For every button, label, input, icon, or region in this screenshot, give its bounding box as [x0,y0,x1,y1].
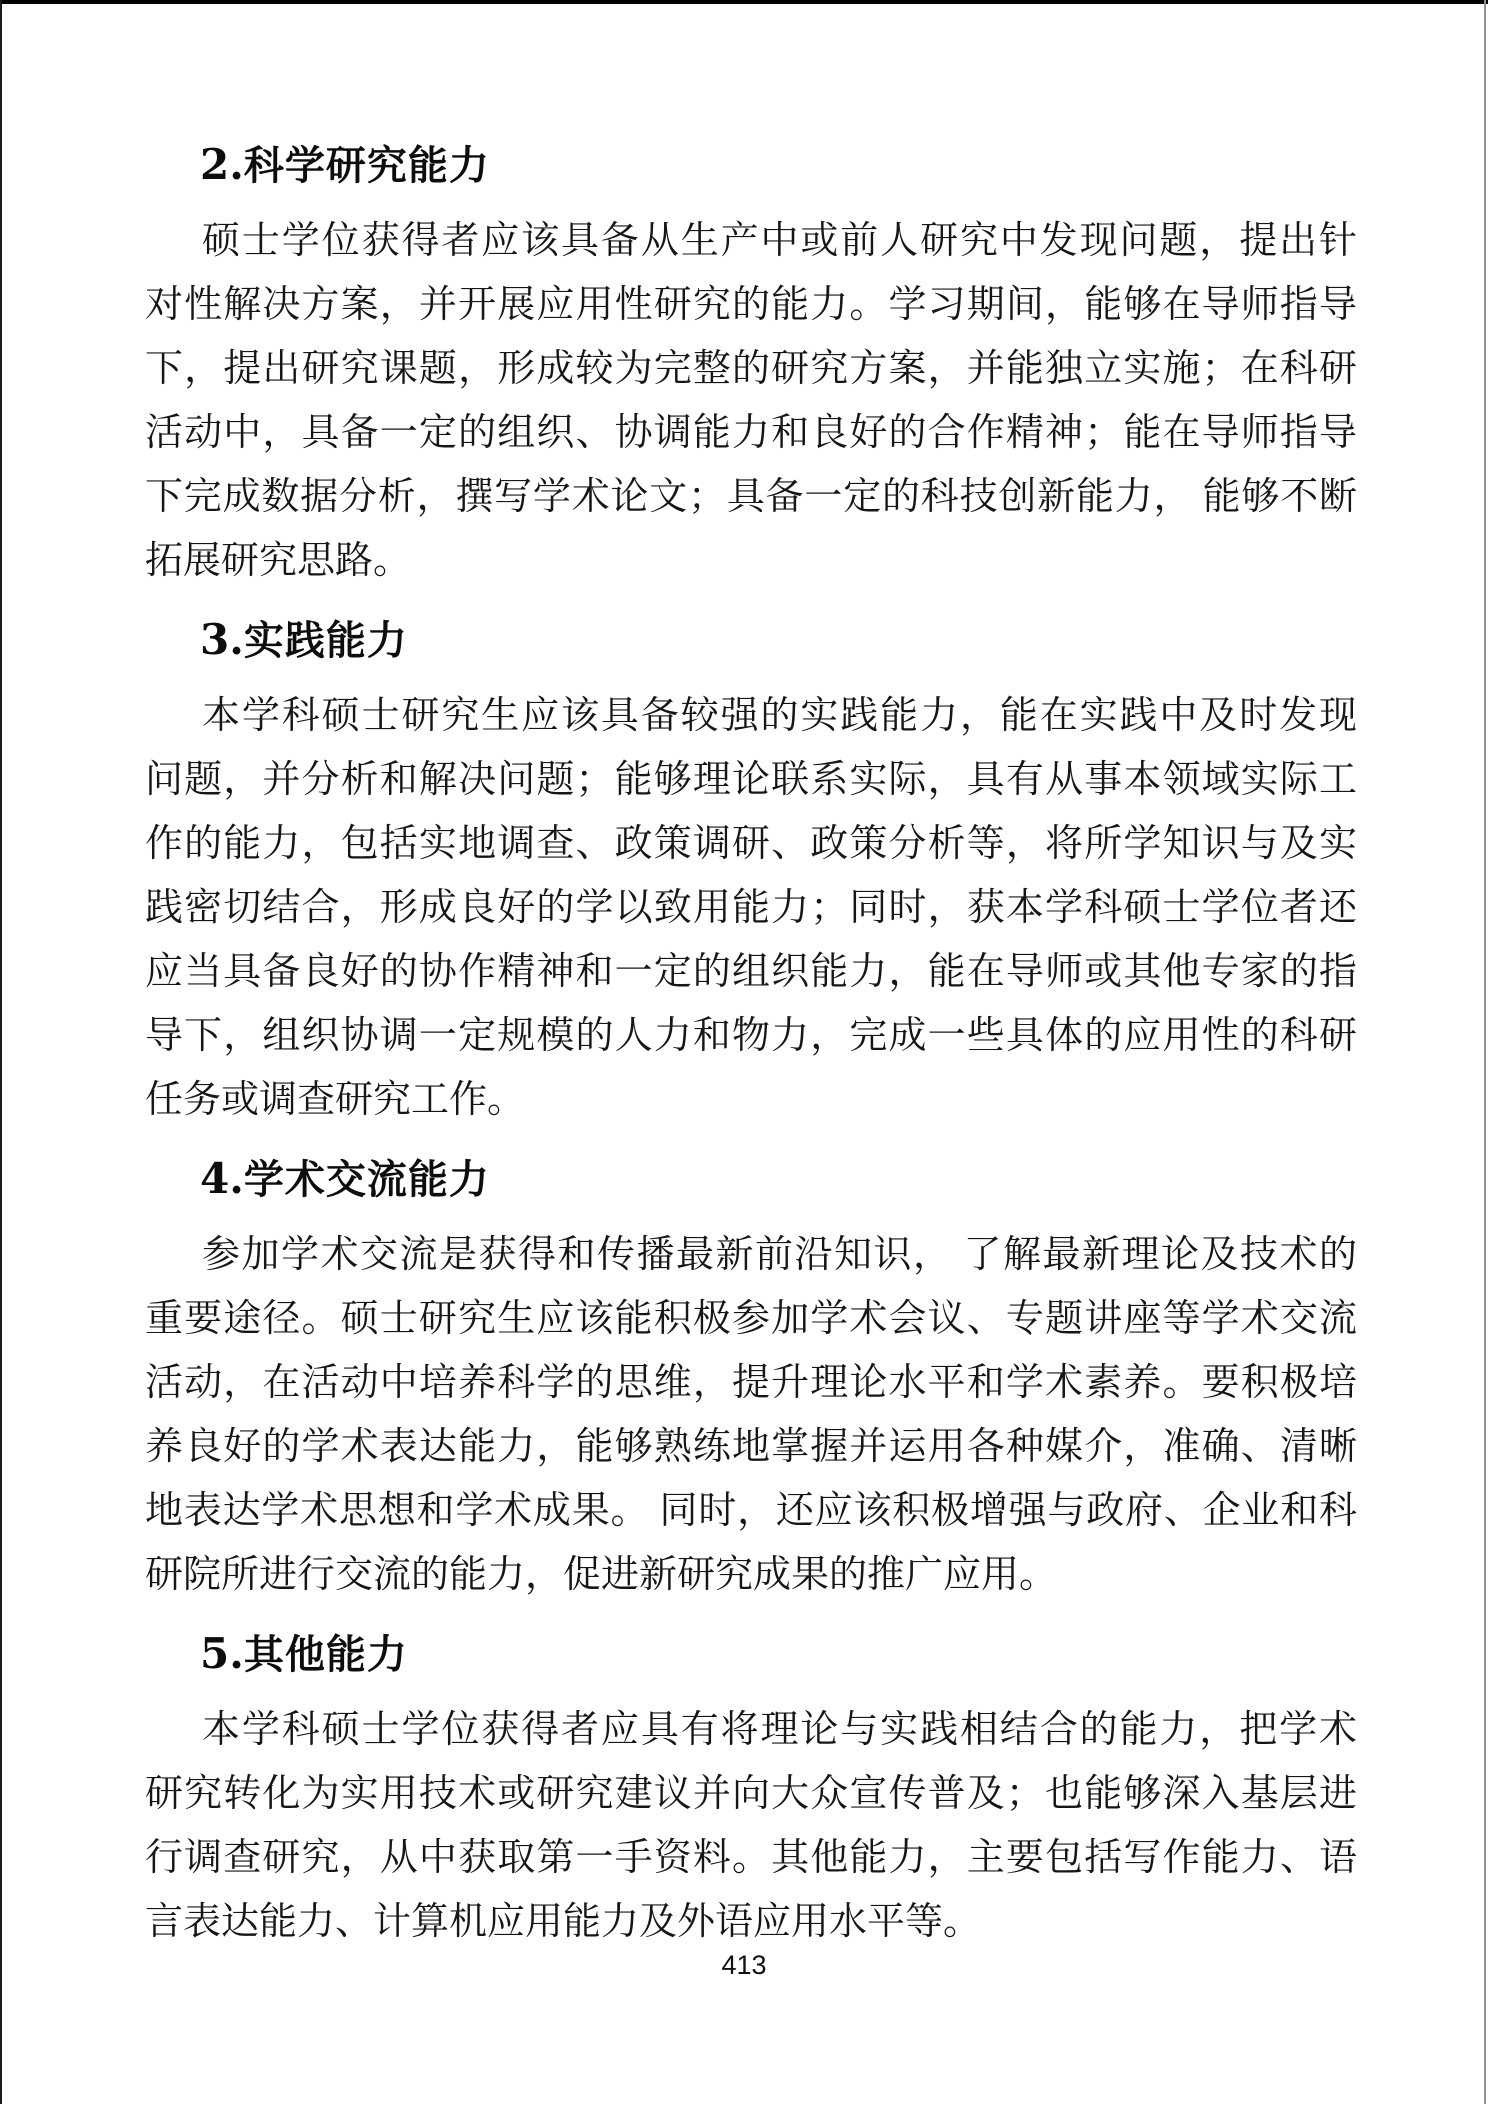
document-page: 2.科学研究能力硕士学位获得者应该具备从生产中或前人研究中发现问题，提出针对性解… [0,0,1488,2104]
paragraph: 参加学术交流是获得和传播最新前沿知识， 了解最新理论及技术的重要途径。硕士研究生… [145,1223,1357,1607]
section-number: 2. [200,140,244,189]
section-title: 学术交流能力 [244,1158,490,1202]
page-number: 413 [0,1950,1488,1981]
paragraph: 本学科硕士研究生应该具备较强的实践能力，能在实践中及时发现问题，并分析和解决问题… [145,684,1357,1132]
text-line: 下，提出研究课题，形成较为完整的研究方案，并能独立实施；在科研 [145,337,1357,401]
section-number: 4. [200,1154,244,1203]
page-content: 2.科学研究能力硕士学位获得者应该具备从生产中或前人研究中发现问题，提出针对性解… [145,118,1357,1954]
text-line: 硕士学位获得者应该具备从生产中或前人研究中发现问题，提出针 [145,209,1357,273]
text-line: 下完成数据分析，撰写学术论文；具备一定的科技创新能力， 能够不断 [145,465,1357,529]
section-number: 5. [200,1629,244,1678]
section-heading: 4.学术交流能力 [145,1146,1357,1213]
text-line: 本学科硕士研究生应该具备较强的实践能力，能在实践中及时发现 [145,684,1357,748]
text-line: 践密切结合，形成良好的学以致用能力；同时，获本学科硕士学位者还 [145,876,1357,940]
text-line: 本学科硕士学位获得者应具有将理论与实践相结合的能力，把学术 [145,1698,1357,1762]
section-heading: 5.其他能力 [145,1621,1357,1688]
section-number: 3. [200,615,244,664]
text-line: 研院所进行交流的能力，促进新研究成果的推广应用。 [145,1543,1357,1607]
text-line: 活动中，具备一定的组织、协调能力和良好的合作精神；能在导师指导 [145,401,1357,465]
text-line: 言表达能力、计算机应用能力及外语应用水平等。 [145,1890,1357,1954]
section-title: 实践能力 [244,619,408,663]
text-line: 地表达学术思想和学术成果。 同时，还应该积极增强与政府、企业和科 [145,1479,1357,1543]
text-line: 重要途径。硕士研究生应该能积极参加学术会议、专题讲座等学术交流 [145,1287,1357,1351]
section-heading: 2.科学研究能力 [145,132,1357,199]
scan-edge-right [1484,0,1486,2104]
text-line: 问题，并分析和解决问题；能够理论联系实际，具有从事本领域实际工 [145,748,1357,812]
text-line: 导下，组织协调一定规模的人力和物力，完成一些具体的应用性的科研 [145,1004,1357,1068]
paragraph: 本学科硕士学位获得者应具有将理论与实践相结合的能力，把学术研究转化为实用技术或研… [145,1698,1357,1954]
text-line: 行调查研究，从中获取第一手资料。其他能力，主要包括写作能力、语 [145,1826,1357,1890]
text-line: 应当具备良好的协作精神和一定的组织能力，能在导师或其他专家的指 [145,940,1357,1004]
text-line: 拓展研究思路。 [145,529,1357,593]
section-title: 其他能力 [244,1633,408,1677]
text-line: 参加学术交流是获得和传播最新前沿知识， 了解最新理论及技术的 [145,1223,1357,1287]
text-line: 活动，在活动中培养科学的思维，提升理论水平和学术素养。要积极培 [145,1351,1357,1415]
scan-edge-top [0,0,1488,4]
text-line: 作的能力，包括实地调查、政策调研、政策分析等，将所学知识与及实 [145,812,1357,876]
section-heading: 3.实践能力 [145,607,1357,674]
text-line: 任务或调查研究工作。 [145,1068,1357,1132]
scan-edge-left [0,0,2,2104]
text-line: 养良好的学术表达能力，能够熟练地掌握并运用各种媒介，准确、清晰 [145,1415,1357,1479]
text-line: 研究转化为实用技术或研究建议并向大众宣传普及；也能够深入基层进 [145,1762,1357,1826]
paragraph: 硕士学位获得者应该具备从生产中或前人研究中发现问题，提出针对性解决方案，并开展应… [145,209,1357,593]
section-title: 科学研究能力 [244,144,490,188]
text-line: 对性解决方案，并开展应用性研究的能力。学习期间，能够在导师指导 [145,273,1357,337]
